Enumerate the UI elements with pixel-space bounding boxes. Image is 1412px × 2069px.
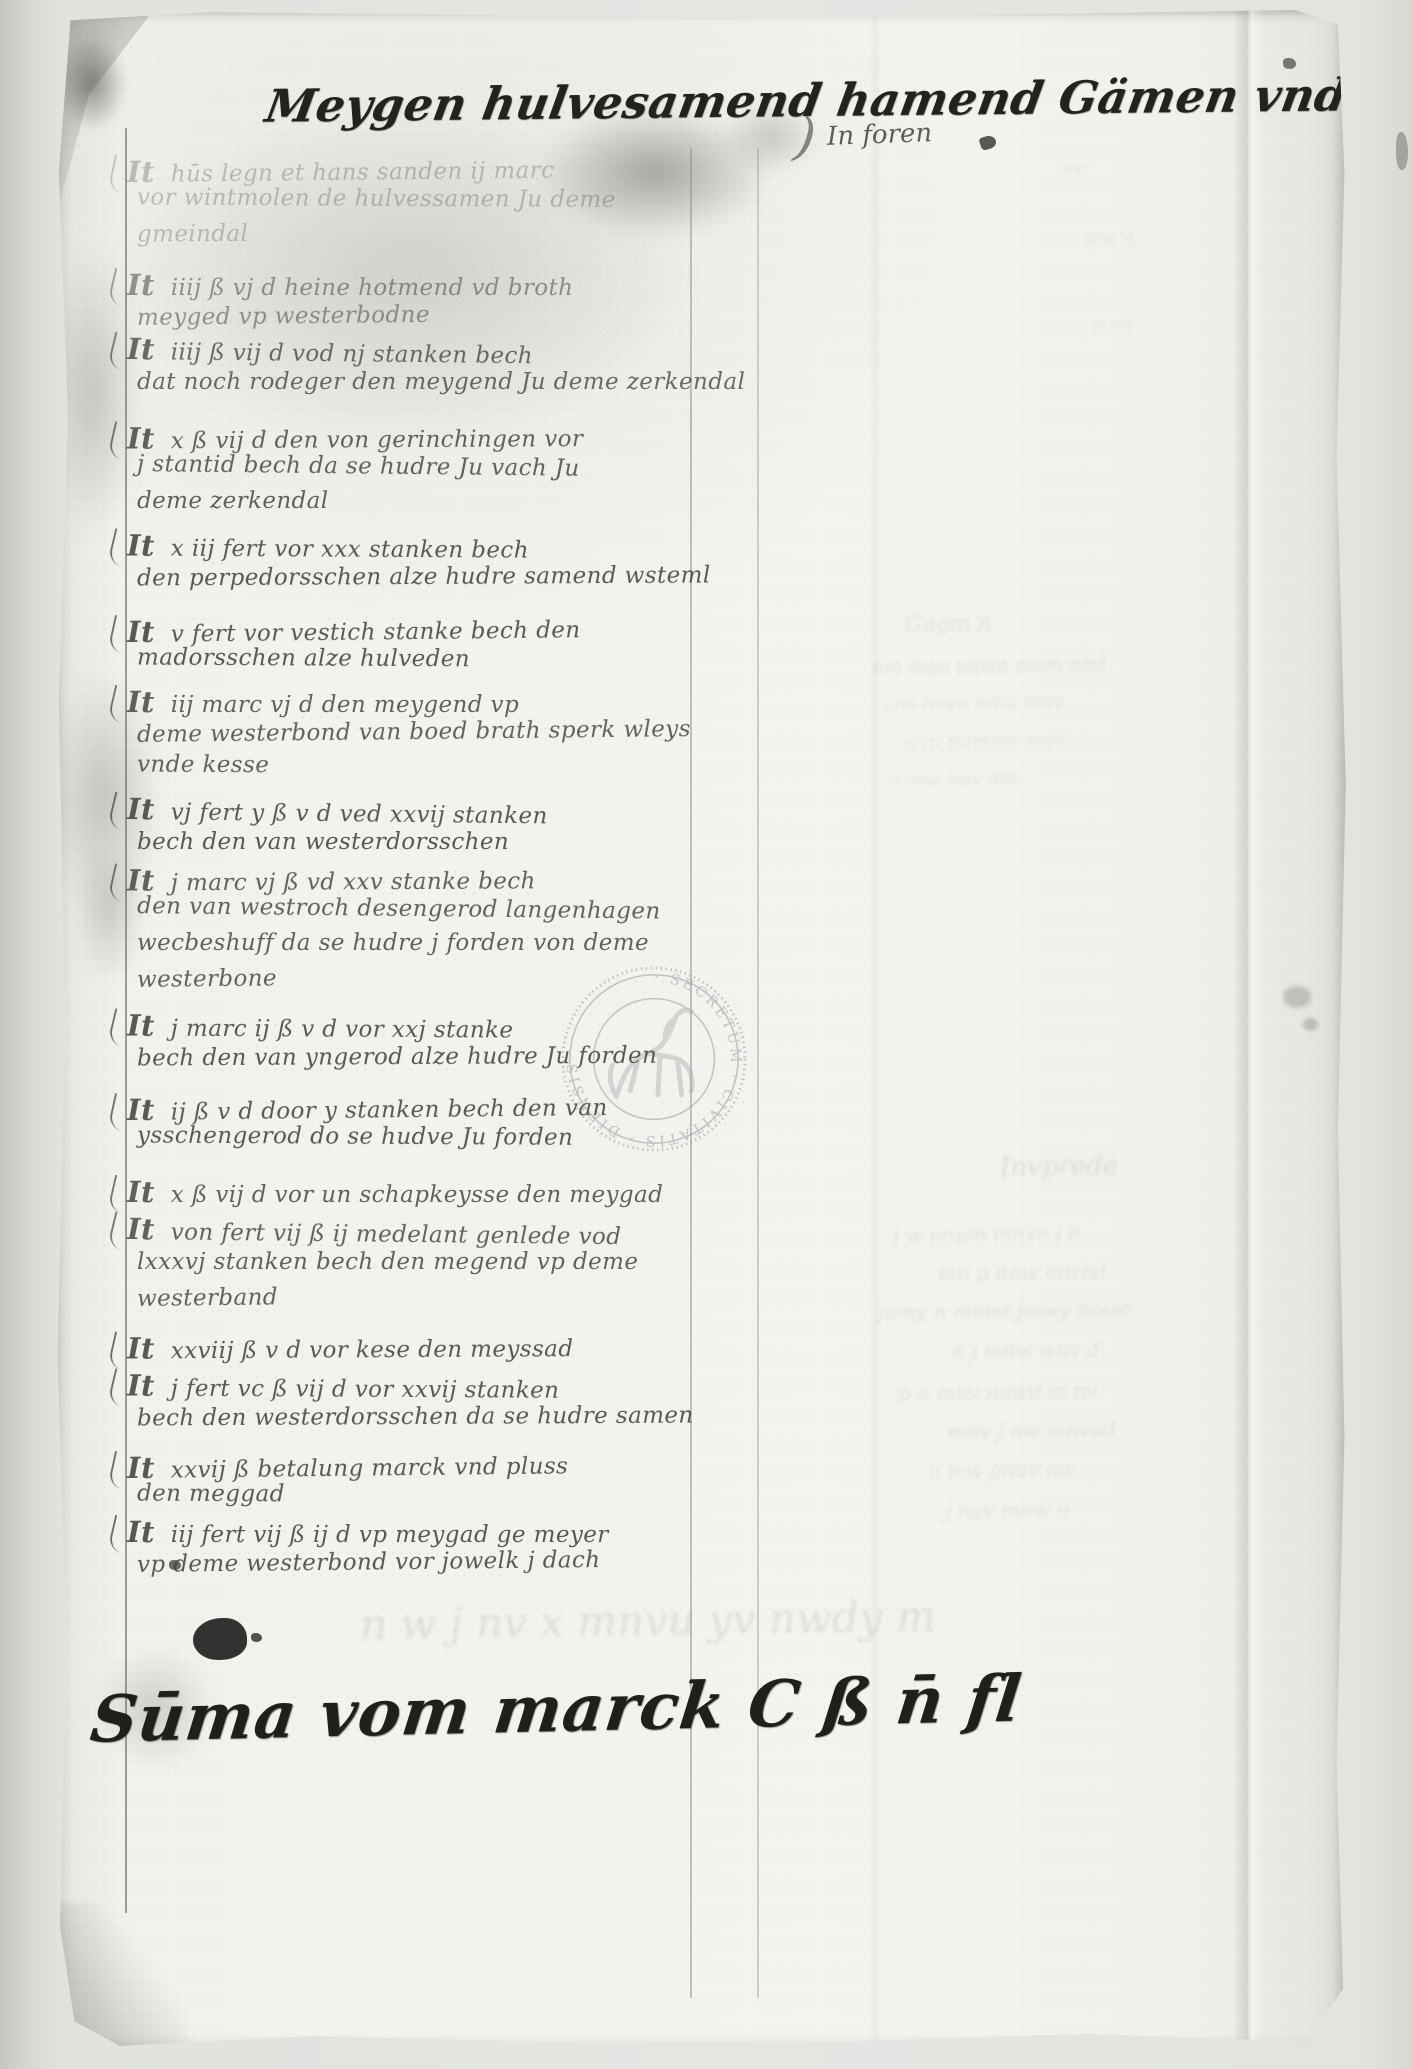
entry-text: lxxxvj stanken bech den megend vp deme — [137, 1249, 638, 1275]
entry-line: madorsschen alze hulveden — [111, 644, 721, 681]
entry-line: Itj fert vc ß vij d vor xxvij stanken — [111, 1368, 721, 1405]
entry-text: dat noch rodeger den meygend Ju deme zer… — [137, 369, 745, 395]
entry-text: wecbeshuff da se hudre j forden von deme — [137, 930, 649, 956]
entry-line: Itx ß vij d vor un schapkeysse den meyga… — [111, 1175, 721, 1209]
entry-line: deme zerkendal — [111, 488, 721, 522]
entry-line: westerbone — [111, 961, 721, 1001]
entry-13: Itvon fert vij ß ij medelant genlede vod… — [111, 1215, 721, 1317]
manuscript-scan: · SECRETUM · CIVITATIS · DIENSIS nvmw nn… — [0, 0, 1412, 2069]
entry-line: deme westerbond van boed brath sperk wle… — [111, 716, 721, 756]
entry-line: den perpedorsschen alze hudre samend wst… — [111, 562, 721, 599]
entry-line: Itj marc ij ß v d vor xxj stanke — [111, 1008, 721, 1045]
entry-text: vor wintmolen de hulvessamen Ju deme — [137, 185, 616, 214]
entry-text: x ß vij d den von gerinchingen vor — [171, 426, 584, 454]
item-marker: It — [111, 1175, 155, 1212]
entry-line: wecbeshuff da se hudre j forden von deme — [111, 930, 721, 964]
entry-line: Itx iij fert vor xxx stanken bech — [111, 528, 721, 565]
entry-line: Ithūs legn et hans sanden ij marc — [111, 149, 721, 189]
entry-9: Itj marc vj ß vd xxv stanke bechden van … — [111, 862, 721, 998]
entry-line: Itx ß vij d den von gerinchingen vor — [111, 418, 721, 455]
entry-text: den perpedorsschen alze hudre samend wst… — [137, 562, 711, 591]
entry-text: den meggad — [137, 1481, 285, 1508]
entry-line: den meggad — [111, 1480, 721, 1517]
item-marker: It — [111, 1008, 155, 1045]
entry-line: bech den westerdorsschen da se hudre sam… — [111, 1402, 721, 1439]
entry-text: westerbone — [137, 965, 277, 992]
entry-text: bech den van yngerod alze hudre Ju forde… — [137, 1043, 657, 1072]
entry-text: j marc vj ß vd xxv stanke bech — [171, 868, 536, 896]
entry-line: gmeindal — [111, 218, 721, 255]
entry-text: iiij ß vij d vod nj stanken bech — [171, 339, 533, 369]
entry-line: ysschengerod do se hudve Ju forden — [111, 1122, 721, 1159]
entry-text: j fert vc ß vij d vor xxvij stanken — [171, 1376, 560, 1404]
entry-text: gmeindal — [137, 221, 248, 248]
entry-11: Itij ß v d door y stanken bech den vanys… — [111, 1090, 721, 1158]
entry-line: westerband — [111, 1280, 721, 1320]
entry-text: iij marc vj d den meygend vp — [171, 692, 519, 718]
entry-4: Itx ß vij d den von gerinchingen vorj st… — [111, 420, 721, 522]
entry-17: Itiij fert vij ß ij d vp meygad ge meyer… — [111, 1515, 721, 1583]
entry-12: Itx ß vij d vor un schapkeysse den meyga… — [111, 1175, 721, 1209]
entry-text: xxviij ß v d vor kese den meyssad — [171, 1336, 574, 1364]
entry-line: den van westroch desengerod langenhagen — [111, 893, 721, 933]
entry-text: j stantid bech da se hudre Ju vach Ju — [137, 451, 580, 482]
entry-text: von fert vij ß ij medelant genlede vod — [171, 1219, 622, 1250]
entry-text: ij ß v d door y stanken bech den van — [171, 1095, 608, 1126]
item-marker: It — [111, 268, 155, 305]
entry-line: Itiiij ß vj d heine hotmend vd broth — [111, 268, 721, 302]
entry-line: j stantid bech da se hudre Ju vach Ju — [111, 451, 721, 491]
entry-text: xxvij ß betalung marck vnd pluss — [171, 1453, 569, 1483]
entry-text: meyged vp westerbodne — [137, 302, 430, 331]
manuscript-page: · SECRETUM · CIVITATIS · DIENSIS nvmw nn… — [55, 8, 1347, 2050]
entry-16: Itxxvij ß betalung marck vnd plussden me… — [111, 1448, 721, 1516]
entry-text: den van westroch desengerod langenhagen — [137, 893, 661, 924]
entry-text: deme westerbond van boed brath sperk wle… — [137, 716, 691, 748]
entry-line: Itxxviij ß v d vor kese den meyssad — [111, 1328, 721, 1365]
entry-line: bech den van yngerod alze hudre Ju forde… — [111, 1042, 721, 1079]
item-marker: It — [111, 1515, 155, 1552]
entry-line: Itiij marc vj d den meygend vp — [111, 685, 721, 719]
entry-line: Itvj fert y ß v d ved xxvij stanken — [111, 792, 721, 832]
entry-text: iij fert vij ß ij d vp meygad ge meyer — [171, 1522, 609, 1548]
entry-text: madorsschen alze hulveden — [137, 645, 470, 673]
entry-line: Itiij fert vij ß ij d vp meygad ge meyer — [111, 1515, 721, 1549]
entry-text: vp deme westerbond vor jowelk j dach — [137, 1547, 601, 1578]
entry-text: hūs legn et hans sanden ij marc — [171, 158, 555, 188]
entry-10: Itj marc ij ß v d vor xxj stankebech den… — [111, 1010, 721, 1078]
scan-edge-mark — [1396, 132, 1408, 170]
entry-line: Itvon fert vij ß ij medelant genlede vod — [111, 1212, 721, 1252]
entry-1: Ithūs legn et hans sanden ij marcvor win… — [111, 152, 721, 254]
entry-7: Itiij marc vj d den meygend vpdeme weste… — [111, 685, 721, 787]
entry-line: Itv fert vor vestich stanke bech den — [111, 609, 721, 649]
entry-line: Itj marc vj ß vd xxv stanke bech — [111, 860, 721, 897]
item-marker: It — [111, 1368, 155, 1405]
entry-line: bech den van westerdorsschen — [111, 829, 721, 863]
entry-line: lxxxvj stanken bech den megend vp deme — [111, 1249, 721, 1283]
entry-14: Itxxviij ß v d vor kese den meyssad — [111, 1330, 721, 1364]
entry-line: vor wintmolen de hulvessamen Ju deme — [111, 184, 721, 221]
entry-3: Itiiij ß vij d vod nj stanken bechdat no… — [111, 335, 721, 403]
entry-text: deme zerkendal — [137, 488, 329, 514]
entry-line: dat noch rodeger den meygend Ju deme zer… — [111, 369, 721, 403]
entry-text: j marc ij ß v d vor xxj stanke — [171, 1016, 514, 1044]
item-marker: It — [111, 528, 155, 565]
entry-line: Itij ß v d door y stanken bech den van — [111, 1087, 721, 1127]
entry-line: vnde kesse — [111, 751, 721, 788]
entry-line: Itiiij ß vij d vod nj stanken bech — [111, 332, 721, 372]
entry-text: x iij fert vor xxx stanken bech — [171, 536, 529, 564]
entry-text: bech den westerdorsschen da se hudre sam… — [137, 1403, 694, 1432]
entry-text: vnde kesse — [137, 752, 269, 779]
item-marker: It — [111, 332, 155, 369]
entry-text: vj fert y ß v d ved xxvij stanken — [171, 799, 548, 829]
entry-text: x ß vij d vor un schapkeysse den meygad — [171, 1182, 664, 1208]
item-marker: It — [111, 1331, 155, 1368]
entry-line: vp deme westerbond vor jowelk j dach — [111, 1546, 721, 1586]
entry-line: Itxxvij ß betalung marck vnd pluss — [111, 1445, 721, 1485]
entry-text: bech den van westerdorsschen — [137, 829, 509, 855]
entry-text: ysschengerod do se hudve Ju forden — [137, 1123, 573, 1151]
item-marker: It — [111, 685, 155, 722]
item-marker: It — [111, 1212, 155, 1249]
entry-15: Itj fert vc ß vij d vor xxvij stankenbec… — [111, 1370, 721, 1438]
entry-8: Itvj fert y ß v d ved xxvij stankenbech … — [111, 795, 721, 863]
item-marker: It — [111, 792, 155, 829]
entry-text: iiij ß vj d heine hotmend vd broth — [171, 275, 574, 301]
entry-2: Itiiij ß vj d heine hotmend vd brothmeyg… — [111, 268, 721, 336]
entry-text: v fert vor vestich stanke bech den — [171, 617, 581, 647]
entry-6: Itv fert vor vestich stanke bech denmado… — [111, 612, 721, 680]
entry-text: westerband — [137, 1284, 278, 1311]
entry-5: Itx iij fert vor xxx stanken bechden per… — [111, 530, 721, 598]
